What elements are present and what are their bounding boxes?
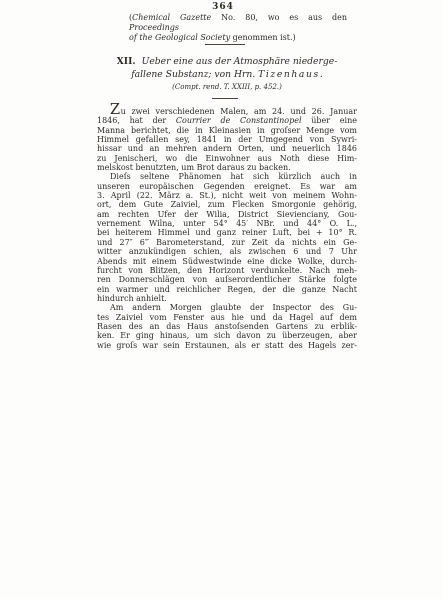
paragraph-2: Dieſs seltene Phänomen hat sich kürzlich…	[97, 172, 357, 303]
text-line: am rechten Ufer der Wilia, District Siev…	[97, 210, 357, 219]
text-line: witter anzukündigen schien, als zwischen…	[97, 247, 357, 256]
text-line: (Chemical Gazette No. 80, wo es aus den …	[129, 13, 347, 33]
italic-text: Courrier de Constantinopel	[176, 116, 302, 125]
text-line: unseren europäischen Gegenden ereignet. …	[97, 182, 357, 191]
text-line: Himmel gefallen sey, 1841 in der Umgegen…	[97, 135, 357, 144]
text-line: vernement Wilna, unter 54° 45′ NBr. und …	[97, 219, 357, 228]
header-note: (Chemical Gazette No. 80, wo es aus den …	[129, 13, 347, 43]
text-line: ken. Er ging hinaus, um sich davon zu üb…	[97, 331, 357, 340]
article-heading-line2: fallene Substanz; von Hrn. Tizenhaus.	[97, 69, 357, 82]
article-title-line2-period: .	[320, 69, 323, 80]
text-line: of the Geological Society genommen ist.)	[129, 33, 347, 43]
text-line: Rasen des an das Haus anstoſsenden Garte…	[97, 322, 357, 331]
text-line: wie groſs war sein Erstaunen, als er sta…	[97, 341, 357, 350]
article-title-line2: fallene Substanz; von Hrn.	[131, 69, 258, 80]
article-heading-line1: XII.Ueber eine aus der Atmosphäre nieder…	[97, 56, 357, 69]
text-line: ort, dem Gute Zaiviel, zum Flecken Smorg…	[97, 200, 357, 209]
text-line: melskost benutzten, um Brot daraus zu ba…	[97, 163, 357, 172]
text-line: ren Donnerschlägen von auſserordentliche…	[97, 275, 357, 284]
italic-text: Proceedings	[129, 23, 179, 32]
text-line: und 27″ 6‴ Barometerstand, zur Zeit da n…	[97, 238, 357, 247]
divider-rule-heading	[212, 98, 238, 99]
paragraph-3: Am andern Morgen glaubte der Inspector d…	[97, 303, 357, 350]
text-line: hindurch anhielt.	[97, 294, 357, 303]
text-line: Abends mit einem Südwestwinde eine dicke…	[97, 257, 357, 266]
author-name: Tizenhaus	[258, 69, 320, 80]
article-heading: XII.Ueber eine aus der Atmosphäre nieder…	[97, 56, 357, 81]
article-body: Zu zwei verschiedenen Malen, am 24. und …	[97, 107, 357, 350]
journal-page: 364 (Chemical Gazette No. 80, wo es aus …	[0, 0, 443, 599]
text-line: Manna berichtet, die in Kleinasien in gr…	[97, 126, 357, 135]
text-line: 3. April (22. März a. St.), nicht weit v…	[97, 191, 357, 200]
article-number: XII.	[117, 56, 136, 67]
text-line: 1846, hat der Courrier de Constantinopel…	[97, 116, 357, 125]
text-line: furcht von Blitzen, den Horizont verdunk…	[97, 266, 357, 275]
source-citation: (Compt. rend. T. XXIII, p. 452.)	[97, 83, 357, 91]
italic-text: Chemical Gazette	[132, 13, 211, 22]
text-line: bei heiterem Himmel und ganz reiner Luft…	[97, 228, 357, 237]
article-title-line1: Ueber eine aus der Atmosphäre niederge-	[142, 56, 338, 67]
page-number: 364	[97, 2, 349, 12]
text-line: Am andern Morgen glaubte der Inspector d…	[97, 303, 357, 312]
text-line: ein warmer und reichlicher Regen, der di…	[97, 285, 357, 294]
paragraph-1: Zu zwei verschiedenen Malen, am 24. und …	[97, 107, 357, 172]
text-line: tes Zaiviel vom Fenster aus hie und da H…	[97, 313, 357, 322]
divider-rule-top	[205, 44, 245, 45]
text-line: zu Jenischeri, wo die Einwohner aus Noth…	[97, 154, 357, 163]
text-line: Zu zwei verschiedenen Malen, am 24. und …	[97, 107, 357, 116]
text-line: hissar und an mehren andern Orten, und n…	[97, 144, 357, 153]
italic-text: of the Geological Society	[129, 33, 230, 42]
text-line: Dieſs seltene Phänomen hat sich kürzlich…	[97, 172, 357, 181]
